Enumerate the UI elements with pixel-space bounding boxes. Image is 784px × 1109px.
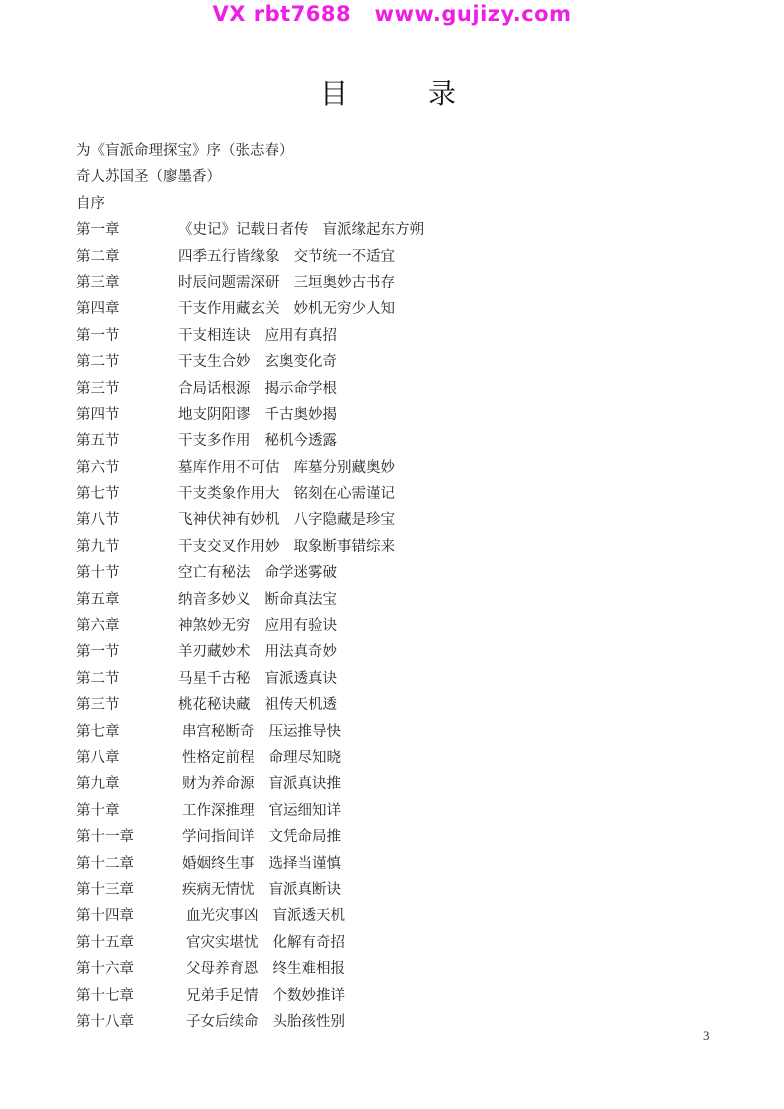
- toc-section-label: 第七节: [76, 481, 120, 507]
- toc-chapter-label: 第五章: [76, 587, 120, 613]
- toc-section-label: 第十节: [76, 560, 120, 586]
- toc-chapter-label: 第十五章: [76, 930, 134, 956]
- toc-chapter-title: 疾病无情忧盲派真断诀: [182, 877, 341, 903]
- toc-entry[interactable]: 第三章时辰问题需深研三垣奥妙古书存: [76, 270, 696, 296]
- toc-chapter-title: 性格定前程命理尽知晓: [182, 745, 341, 771]
- toc-entry[interactable]: 第十一章学问指间详文凭命局推: [76, 824, 696, 850]
- toc-section-title: 桃花秘诀藏祖传天机透: [178, 692, 337, 718]
- toc-section-label: 第三节: [76, 692, 120, 718]
- toc-chapter-label: 第九章: [76, 771, 120, 797]
- toc-chapter-title: 干支作用藏玄关妙机无穷少人知: [178, 296, 395, 322]
- toc-entry[interactable]: 第二节干支生合妙玄奥变化奇: [76, 349, 696, 375]
- toc-chapter-label: 第十八章: [76, 1009, 134, 1035]
- toc-entry[interactable]: 第十章工作深推理官运细知详: [76, 798, 696, 824]
- toc-entry[interactable]: 第六章神煞妙无穷应用有验诀: [76, 613, 696, 639]
- toc-chapter-title: 血光灾事凶盲派透天机: [186, 903, 345, 929]
- toc-section-title: 合局话根源揭示命学根: [178, 376, 337, 402]
- toc-section-title: 干支相连诀应用有真招: [178, 323, 337, 349]
- toc-chapter-title: 婚姻终生事选择当谨慎: [182, 851, 341, 877]
- toc-section-label: 第六节: [76, 455, 120, 481]
- toc-chapter-title: 时辰问题需深研三垣奥妙古书存: [178, 270, 395, 296]
- toc-entry[interactable]: 第九节干支交叉作用妙取象断事错综来: [76, 534, 696, 560]
- toc-entry[interactable]: 第三节合局话根源揭示命学根: [76, 376, 696, 402]
- toc-chapter-label: 第十二章: [76, 851, 134, 877]
- toc-entry[interactable]: 第四节地支阴阳谬千古奥妙揭: [76, 402, 696, 428]
- toc-chapter-title: 《史记》记载日者传盲派缘起东方朔: [178, 217, 424, 243]
- toc-section-label: 第五节: [76, 428, 120, 454]
- toc-chapter-label: 第十四章: [76, 903, 134, 929]
- toc-front-matter[interactable]: 自序: [76, 191, 696, 217]
- toc-entry[interactable]: 第十三章疾病无情忧盲派真断诀: [76, 877, 696, 903]
- toc-section-label: 第二节: [76, 349, 120, 375]
- toc-section-label: 第三节: [76, 376, 120, 402]
- toc-entry[interactable]: 第六节墓库作用不可估库墓分别藏奥妙: [76, 455, 696, 481]
- toc-section-label: 第一节: [76, 639, 120, 665]
- toc-section-label: 第二节: [76, 666, 120, 692]
- table-of-contents: 为《盲派命理探宝》序（张志春） 奇人苏国圣（廖墨香） 自序 第一章《史记》记载日…: [76, 138, 696, 1035]
- toc-entry[interactable]: 第十四章血光灾事凶盲派透天机: [76, 903, 696, 929]
- toc-entry[interactable]: 第四章干支作用藏玄关妙机无穷少人知: [76, 296, 696, 322]
- toc-section-label: 第四节: [76, 402, 120, 428]
- toc-section-title: 干支生合妙玄奥变化奇: [178, 349, 337, 375]
- toc-section-title: 马星千古秘盲派透真诀: [178, 666, 337, 692]
- toc-entry[interactable]: 第十八章子女后续命头胎孩性别: [76, 1009, 696, 1035]
- toc-chapter-title: 财为养命源盲派真诀推: [182, 771, 341, 797]
- toc-chapter-label: 第十三章: [76, 877, 134, 903]
- toc-entry[interactable]: 第十节空亡有秘法命学迷雾破: [76, 560, 696, 586]
- toc-chapter-title: 学问指间详文凭命局推: [182, 824, 341, 850]
- toc-section-title: 空亡有秘法命学迷雾破: [178, 560, 337, 586]
- toc-entry[interactable]: 第八章性格定前程命理尽知晓: [76, 745, 696, 771]
- toc-chapter-label: 第十七章: [76, 983, 134, 1009]
- toc-chapter-title: 四季五行皆缘象交节统一不适宜: [178, 244, 395, 270]
- toc-entry[interactable]: 第七节干支类象作用大铭刻在心需谨记: [76, 481, 696, 507]
- toc-entry[interactable]: 第五节干支多作用秘机今透露: [76, 428, 696, 454]
- toc-entry[interactable]: 第七章串宫秘断奇压运推导快: [76, 719, 696, 745]
- toc-entry[interactable]: 第一节羊刃藏妙术用法真奇妙: [76, 639, 696, 665]
- toc-entry[interactable]: 第三节桃花秘诀藏祖传天机透: [76, 692, 696, 718]
- page-title: 目 录: [0, 72, 784, 112]
- toc-chapter-title: 官灾实堪忧化解有奇招: [186, 930, 345, 956]
- toc-section-label: 第八节: [76, 507, 120, 533]
- toc-section-title: 干支多作用秘机今透露: [178, 428, 337, 454]
- toc-entry[interactable]: 第十七章兄弟手足情个数妙推详: [76, 983, 696, 1009]
- toc-entry[interactable]: 第二节马星千古秘盲派透真诀: [76, 666, 696, 692]
- toc-chapter-title: 串宫秘断奇压运推导快: [182, 719, 341, 745]
- toc-entry[interactable]: 第十六章父母养育恩终生难相报: [76, 956, 696, 982]
- toc-chapter-title: 工作深推理官运细知详: [182, 798, 341, 824]
- toc-chapter-label: 第三章: [76, 270, 120, 296]
- toc-front-matter[interactable]: 奇人苏国圣（廖墨香）: [76, 164, 696, 190]
- toc-chapter-label: 第二章: [76, 244, 120, 270]
- toc-entry-label: 为《盲派命理探宝》序（张志春）: [76, 143, 294, 159]
- toc-entry[interactable]: 第十二章婚姻终生事选择当谨慎: [76, 851, 696, 877]
- toc-chapter-title: 子女后续命头胎孩性别: [186, 1009, 345, 1035]
- toc-section-title: 地支阴阳谬千古奥妙揭: [178, 402, 337, 428]
- watermark-text: VX rbt7688 www.gujizy.com: [0, 2, 784, 26]
- toc-entry-label: 奇人苏国圣（廖墨香）: [76, 169, 221, 185]
- toc-entry[interactable]: 第十五章官灾实堪忧化解有奇招: [76, 930, 696, 956]
- toc-chapter-label: 第十六章: [76, 956, 134, 982]
- toc-section-title: 墓库作用不可估库墓分别藏奥妙: [178, 455, 395, 481]
- toc-entry[interactable]: 第八节飞神伏神有妙机八字隐藏是珍宝: [76, 507, 696, 533]
- toc-front-matter[interactable]: 为《盲派命理探宝》序（张志春）: [76, 138, 696, 164]
- toc-entry[interactable]: 第一章《史记》记载日者传盲派缘起东方朔: [76, 217, 696, 243]
- toc-entry[interactable]: 第九章财为养命源盲派真诀推: [76, 771, 696, 797]
- toc-section-title: 干支交叉作用妙取象断事错综来: [178, 534, 395, 560]
- toc-section-label: 第一节: [76, 323, 120, 349]
- toc-chapter-title: 纳音多妙义断命真法宝: [178, 587, 337, 613]
- toc-chapter-label: 第四章: [76, 296, 120, 322]
- toc-chapter-label: 第十一章: [76, 824, 134, 850]
- toc-entry[interactable]: 第一节干支相连诀应用有真招: [76, 323, 696, 349]
- toc-chapter-label: 第十章: [76, 798, 120, 824]
- toc-chapter-title: 父母养育恩终生难相报: [186, 956, 345, 982]
- toc-chapter-label: 第七章: [76, 719, 120, 745]
- toc-section-title: 飞神伏神有妙机八字隐藏是珍宝: [178, 507, 395, 533]
- toc-section-label: 第九节: [76, 534, 120, 560]
- toc-chapter-title: 兄弟手足情个数妙推详: [186, 983, 345, 1009]
- toc-chapter-label: 第八章: [76, 745, 120, 771]
- toc-section-title: 羊刃藏妙术用法真奇妙: [178, 639, 337, 665]
- toc-entry[interactable]: 第五章纳音多妙义断命真法宝: [76, 587, 696, 613]
- toc-entry[interactable]: 第二章四季五行皆缘象交节统一不适宜: [76, 244, 696, 270]
- page-number: 3: [703, 1028, 710, 1044]
- toc-chapter-label: 第一章: [76, 217, 120, 243]
- toc-section-title: 干支类象作用大铭刻在心需谨记: [178, 481, 395, 507]
- toc-chapter-label: 第六章: [76, 613, 120, 639]
- toc-chapter-title: 神煞妙无穷应用有验诀: [178, 613, 337, 639]
- toc-entry-label: 自序: [76, 196, 105, 212]
